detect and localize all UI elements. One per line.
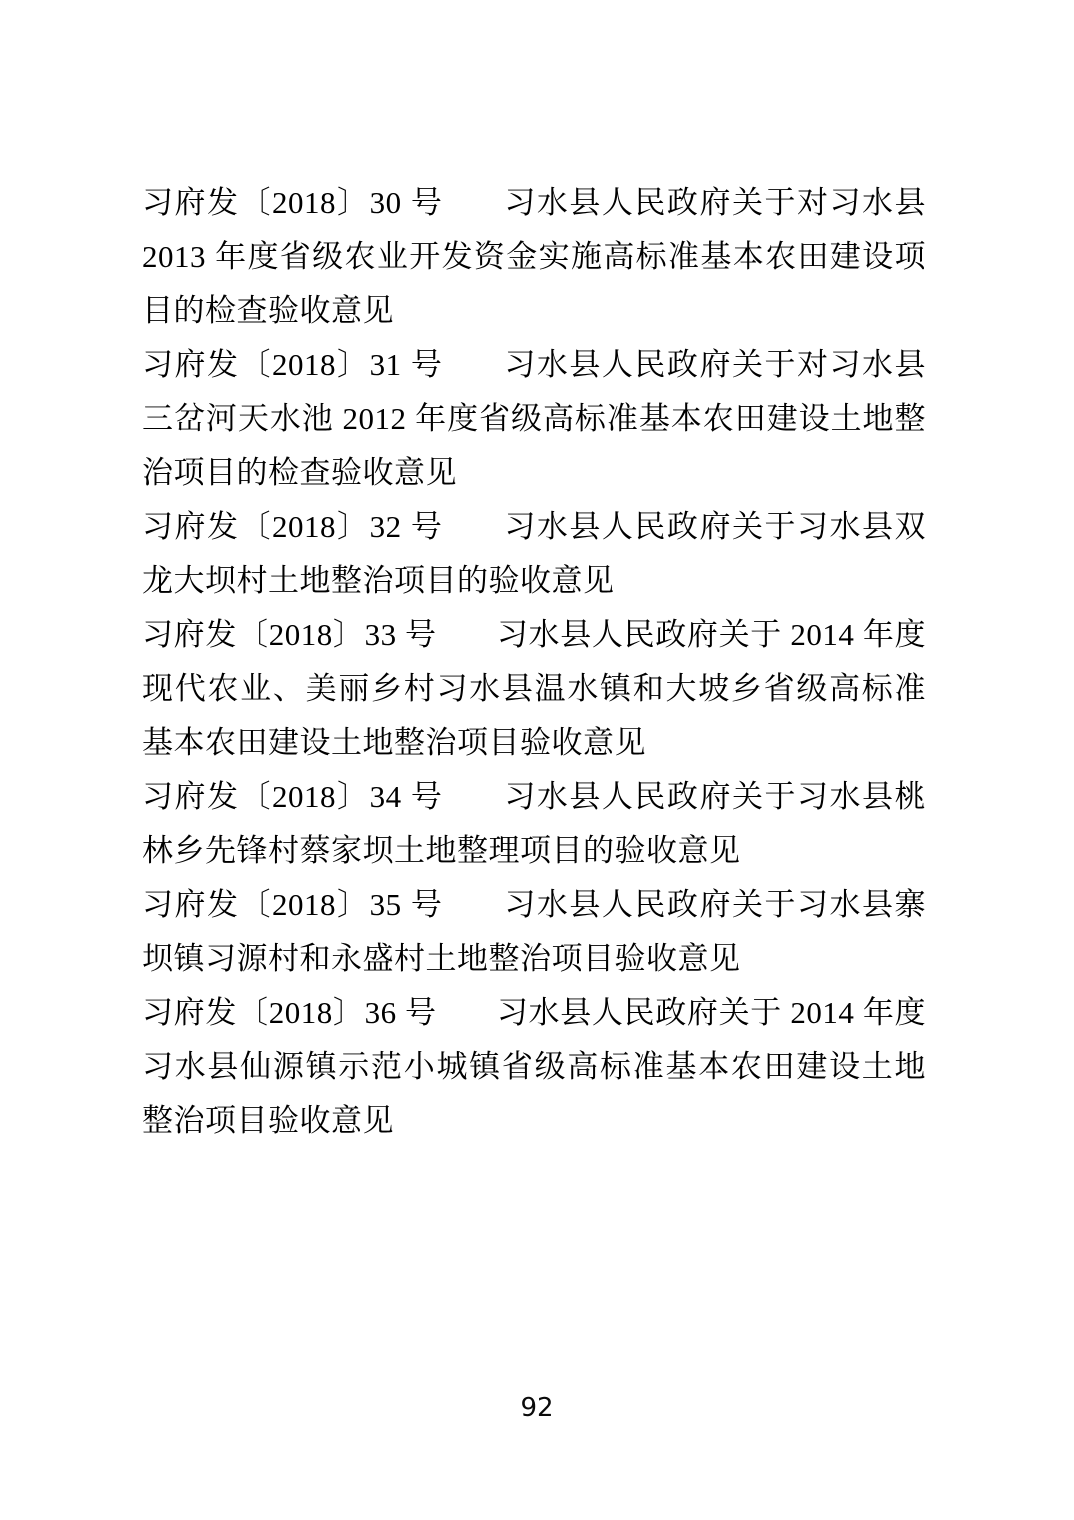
doc-entry: 习府发〔2018〕30 号习水县人民政府关于对习水县 2013 年度省级农业开发… (142, 176, 926, 338)
doc-number: 习府发〔2018〕36 号 (142, 995, 437, 1030)
doc-number: 习府发〔2018〕32 号 (142, 509, 443, 544)
doc-number-title-gap (443, 914, 503, 915)
doc-number: 习府发〔2018〕33 号 (142, 617, 437, 652)
document-page: 习府发〔2018〕30 号习水县人民政府关于对习水县 2013 年度省级农业开发… (0, 0, 1074, 1520)
doc-number: 习府发〔2018〕31 号 (142, 347, 443, 382)
document-body: 习府发〔2018〕30 号习水县人民政府关于对习水县 2013 年度省级农业开发… (142, 176, 926, 1148)
doc-number: 习府发〔2018〕34 号 (142, 779, 443, 814)
doc-entry: 习府发〔2018〕33 号习水县人民政府关于 2014 年度现代农业、美丽乡村习… (142, 608, 926, 770)
doc-entry: 习府发〔2018〕34 号习水县人民政府关于习水县桃林乡先锋村蔡家坝土地整理项目… (142, 770, 926, 878)
page-number: 92 (520, 1393, 553, 1423)
page-footer: 92 (0, 1393, 1074, 1423)
doc-number-title-gap (443, 374, 503, 375)
doc-number: 习府发〔2018〕35 号 (142, 887, 443, 922)
doc-number-title-gap (443, 212, 503, 213)
doc-number: 习府发〔2018〕30 号 (142, 185, 443, 220)
doc-number-title-gap (443, 536, 503, 537)
doc-number-title-gap (443, 806, 503, 807)
doc-entry: 习府发〔2018〕32 号习水县人民政府关于习水县双龙大坝村土地整治项目的验收意… (142, 500, 926, 608)
doc-entry: 习府发〔2018〕36 号习水县人民政府关于 2014 年度习水县仙源镇示范小城… (142, 986, 926, 1148)
doc-entry: 习府发〔2018〕35 号习水县人民政府关于习水县寨坝镇习源村和永盛村土地整治项… (142, 878, 926, 986)
doc-number-title-gap (437, 1022, 497, 1023)
doc-entry: 习府发〔2018〕31 号习水县人民政府关于对习水县三岔河天水池 2012 年度… (142, 338, 926, 500)
doc-number-title-gap (437, 644, 497, 645)
